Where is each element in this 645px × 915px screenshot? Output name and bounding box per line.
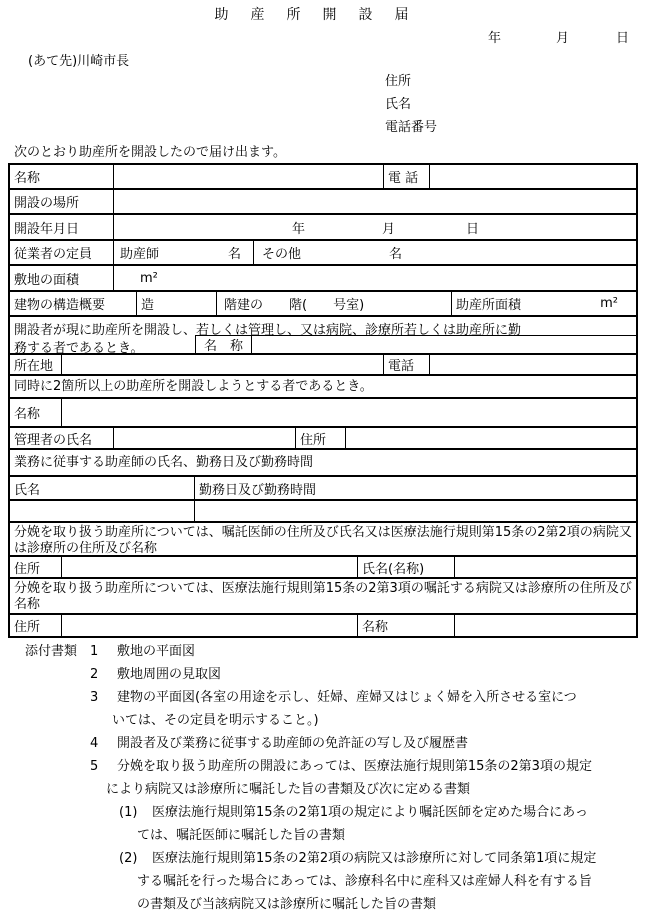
place-value-cell [114,190,636,213]
building-area-label: 助産所面積 [456,294,521,313]
row-site-area: 敷地の面積 m² [10,266,636,292]
row-entrusted-doctor-fields: 住所 氏名(名称) [10,557,636,579]
attachment-text: 建物の平面図(各室の用途を示し、妊婦、産婦又はじょく婦を入所させる室につ [117,686,577,709]
row-staff: 従業者の定員 助産師 名 その他 名 [10,241,636,266]
name-value-cell [114,165,384,188]
row-opener-status: 開設者が現に助産所を開設し、若しくは管理し、又は病院、診療所若しくは助産所に勤 … [10,317,636,355]
attachment-line: いては、その定員を明示すること。) [0,709,645,732]
open-date-value-cell: 年 月 日 [114,215,636,239]
attachment-number: (1) [119,801,137,824]
attachment-line: 4 開設者及び業務に従事する助産師の免許証の写し及び履歴書 [0,732,645,755]
attachment-number: 2 [90,663,98,686]
entrusted-hospital-text: 分娩を取り扱う助産所については、医療法施行規則第15条の2第3項の嘱託する病院又… [10,579,636,613]
name2-label-cell: 名称 [10,399,62,426]
attachment-number: 3 [90,686,98,709]
entrusted-doctor-name-value-cell [455,557,636,577]
location-value-cell [62,355,384,374]
attachment-line: 3 建物の平面図(各室の用途を示し、妊婦、産婦又はじょく婦を入所させる室につ [0,686,645,709]
row-building: 建物の構造概要 造 階建の 階( 号室) 助産所面積 m² [10,292,636,317]
attachment-text: いては、その定員を明示すること。) [112,709,319,732]
attachment-text: の書類及び当該病院又は診療所に嘱託した旨の書類 [137,893,436,915]
submission-date-line: 年 月 日 [0,27,645,45]
staff-other-cell: その他 名 [254,241,636,264]
attachment-line: する嘱託を行った場合にあっては、診療科名中に産科又は産婦人科を有する旨 [0,870,645,893]
row-multi-site: 同時に2箇所以上の助産所を開設しようとする者であるとき。 [10,376,636,399]
opener-name-value-cell [252,335,636,353]
attachment-number: 4 [90,732,98,755]
applicant-phone-label: 電話番号 [385,116,437,139]
row-entrusted-doctor: 分娩を取り扱う助産所については、嘱託医師の住所及び氏名又は医療法施行規則第15条… [10,523,636,557]
attachment-text: 医療法施行規則第15条の2第1項の規定により嘱託医師を定めた場合にあっ [152,801,588,824]
attachment-line: 5 分娩を取り扱う助産所の開設にあっては、医療法施行規則第15条の2第3項の規定 [0,755,645,778]
row-manager: 管理者の氏名 住所 [10,428,636,450]
building-label-cell: 建物の構造概要 [10,292,137,315]
midwifery-opening-notification-form: 助産所開設届 年 月 日 (あて先)川崎市長 住所 氏名 電話番号 次のとおり助… [0,0,645,915]
attachment-line: 添付書類 1 敷地の平面図 [0,640,645,663]
place-label-cell: 開設の場所 [10,190,114,213]
site-area-value-cell: m² [114,266,636,290]
building-structure-cell: 造 [137,292,217,315]
form-table: 名称 電 話 開設の場所 開設年月日 年 月 日 従業者の定員 助産師 名 そ [8,163,638,638]
name2-value-cell [62,399,636,426]
row-name-2: 名称 [10,399,636,428]
opener-status-line2: 務する者であるとき。 [14,337,143,356]
multi-site-text: 同時に2箇所以上の助産所を開設しようとする者であるとき。 [10,376,636,397]
row-entrusted-hospital-fields: 住所 名称 [10,615,636,636]
attachment-number: (2) [119,847,137,870]
open-date-day-label: 日 [466,218,479,237]
staff-label-cell: 従業者の定員 [10,241,114,264]
entrusted-hospital-name-value-cell [455,615,636,636]
applicant-block: 住所 氏名 電話番号 [385,70,437,139]
manager-label-cell: 管理者の氏名 [10,428,114,448]
entrusted-doctor-name-label-cell: 氏名(名称) [358,557,455,577]
open-date-year-label: 年 [292,218,305,237]
entrusted-doctor-text: 分娩を取り扱う助産所については、嘱託医師の住所及び氏名又は医療法施行規則第15条… [10,523,636,555]
attachment-line: の書類及び当該病院又は診療所に嘱託した旨の書類 [0,893,645,915]
building-area-cell: 助産所面積 m² [452,292,636,315]
location-phone-label-cell: 電話 [384,355,430,374]
staff-midwife-unit: 名 [228,243,241,262]
entrusted-doctor-address-label-cell: 住所 [10,557,62,577]
row-entrusted-hospital: 分娩を取り扱う助産所については、医療法施行規則第15条の2第3項の嘱託する病院又… [10,579,636,615]
name-phone-label-cell: 電 話 [384,165,430,188]
attachment-text: ては、嘱託医師に嘱託した旨の書類 [137,824,345,847]
building-area-unit: m² [600,296,618,311]
midwives-schedule-col-cell: 勤務日及び勤務時間 [195,477,636,499]
date-month-label: 月 [556,27,569,46]
attachment-line: (2) 医療法施行規則第15条の2第2項の病院又は診療所に対して同条第1項に規定 [0,847,645,870]
midwives-name-value-cell [10,501,195,521]
location-label-cell: 所在地 [10,355,62,374]
addressee: (あて先)川崎市長 [28,50,129,69]
name-label-cell: 名称 [10,165,114,188]
attachment-line: により病院又は診療所に嘱託した旨の書類及び次に定める書類 [0,778,645,801]
row-name: 名称 電 話 [10,165,636,190]
midwives-name-col-cell: 氏名 [10,477,195,499]
row-midwives-header: 業務に従事する助産師の氏名、勤務日及び勤務時間 [10,450,636,477]
attachment-text: 敷地周囲の見取図 [117,663,221,686]
intro-sentence: 次のとおり助産所を開設したので届け出ます。 [14,141,286,160]
open-date-label-cell: 開設年月日 [10,215,114,239]
attachment-line: ては、嘱託医師に嘱託した旨の書類 [0,824,645,847]
staff-midwife-cell: 助産師 名 [114,241,254,264]
midwives-header-text: 業務に従事する助産師の氏名、勤務日及び勤務時間 [10,450,636,475]
row-place: 開設の場所 [10,190,636,215]
location-phone-value-cell [430,355,636,374]
attachment-line: 2 敷地周囲の見取図 [0,663,645,686]
row-open-date: 開設年月日 年 月 日 [10,215,636,241]
applicant-name-label: 氏名 [385,93,437,116]
midwives-schedule-value-cell [195,501,636,521]
site-area-label-cell: 敷地の面積 [10,266,114,290]
manager-address-label-cell: 住所 [296,428,346,448]
attachment-number: 1 [90,640,98,663]
attachment-line: (1) 医療法施行規則第15条の2第1項の規定により嘱託医師を定めた場合にあっ [0,801,645,824]
row-location: 所在地 電話 [10,355,636,376]
applicant-address-label: 住所 [385,70,437,93]
staff-other-unit: 名 [389,243,402,262]
attachment-text: 分娩を取り扱う助産所の開設にあっては、医療法施行規則第15条の2第3項の規定 [117,755,592,778]
entrusted-hospital-address-label-cell: 住所 [10,615,62,636]
attachments-label: 添付書類 [25,640,77,663]
building-floors-cell: 階建の 階( 号室) [217,292,452,315]
manager-name-value-cell [114,428,296,448]
staff-midwife-label: 助産師 [120,243,159,262]
row-midwives-columns: 氏名 勤務日及び勤務時間 [10,477,636,501]
staff-other-label: その他 [262,243,301,262]
name-phone-value-cell [430,165,636,188]
form-title: 助産所開設届 [0,4,645,24]
opener-name-label-cell: 名 称 [195,335,252,353]
attachment-number: 5 [90,755,98,778]
date-year-label: 年 [488,27,501,46]
date-day-label: 日 [616,27,629,46]
entrusted-hospital-name-label-cell: 名称 [358,615,455,636]
entrusted-hospital-address-value-cell [62,615,358,636]
row-midwives-blank [10,501,636,523]
entrusted-doctor-address-value-cell [62,557,358,577]
attachment-text: 開設者及び業務に従事する助産師の免許証の写し及び履歴書 [117,732,468,755]
attachment-text: 医療法施行規則第15条の2第2項の病院又は診療所に対して同条第1項に規定 [152,847,596,870]
attachment-text: により病院又は診療所に嘱託した旨の書類及び次に定める書類 [106,778,470,801]
open-date-month-label: 月 [382,218,395,237]
attachment-text: 敷地の平面図 [117,640,195,663]
attachment-text: する嘱託を行った場合にあっては、診療科名中に産科又は産婦人科を有する旨 [137,870,592,893]
manager-address-value-cell [346,428,636,448]
attachments-section: 添付書類 1 敷地の平面図 2 敷地周囲の見取図 3 建物の平面図(各室の用途を… [0,640,645,915]
